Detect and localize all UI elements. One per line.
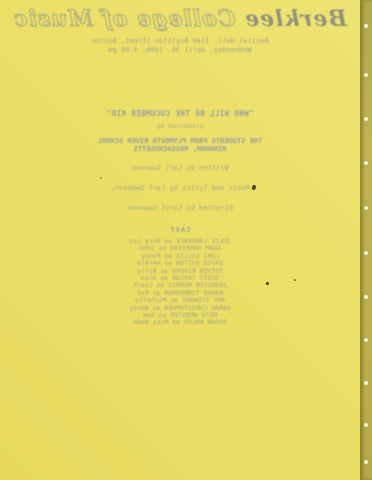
cast-heading: CAST [0,226,360,235]
ink-speck [100,177,102,179]
program-block: "WHO WILL BE THE CUCUMBER KID" presented… [0,109,360,327]
binding-hole [364,460,368,464]
paper-sheet: Berklee College of Music Recital Hall, 1… [0,0,360,480]
directed-credit: Directed by Carol Swanson [0,204,360,213]
page-edge-strip [360,0,372,480]
binding-hole [364,73,368,77]
logo-brand-text: Berklee [244,6,347,32]
date-line: Wednesday, April 30, 1980, 4:00 pm [0,46,360,55]
berklee-logo: Berklee College of Music [0,6,360,32]
ink-speck [294,279,296,281]
binding-hole [364,24,368,28]
binding-hole [364,251,368,255]
binding-hole [364,295,368,299]
presented-by-line: presented by [0,122,360,131]
logo-rest-text: College of Music [13,6,244,32]
binding-hole [364,381,368,385]
group-line-2: HINGHAM, MASSACHUSETTS [0,145,360,153]
cast-line: SUSAN WALSH as Miss Wade [0,319,360,326]
music-credit: Music and lyrics by Carl Swanson, [0,184,360,193]
binding-hole [364,161,368,165]
show-title: "WHO WILL BE THE CUCUMBER KID" [0,109,360,118]
binding-hole [364,206,368,210]
binding-hole [364,117,368,121]
cast-list: JULIE LAWRENCE as Mary Lou ADAM HARRISON… [0,238,360,327]
written-credit: Written by Carl Swanson [0,164,360,173]
binding-hole [364,423,368,427]
show-through-content: Berklee College of Music Recital Hall, 1… [0,0,360,480]
binding-hole [364,338,368,342]
group-line-1: THE STUDENTS FROM PLYMOUTH RIVER SCHOOL [0,137,360,145]
venue-block: Recital Hall, 1140 Boylston Street, Bost… [0,37,360,55]
venue-line: Recital Hall, 1140 Boylston Street, Bost… [0,37,360,46]
scanned-program-page: Berklee College of Music Recital Hall, 1… [0,0,372,480]
ink-speck [266,282,269,285]
